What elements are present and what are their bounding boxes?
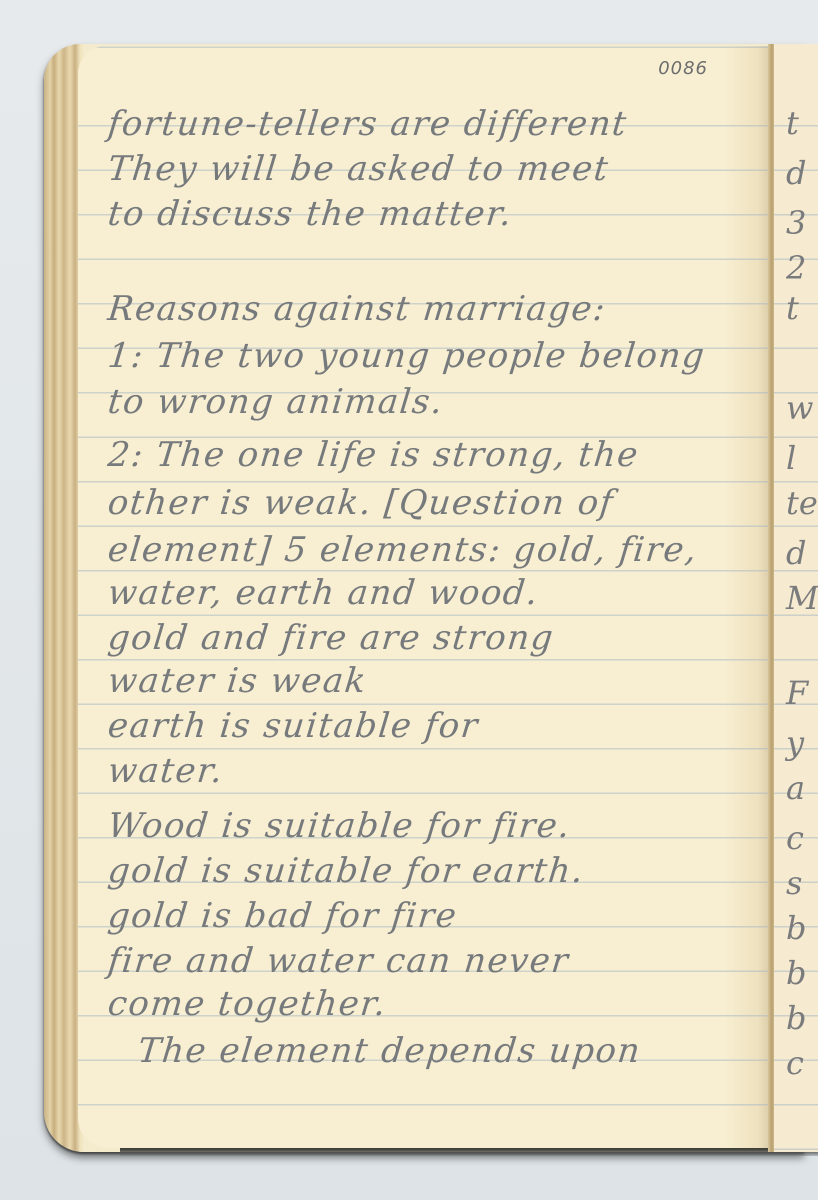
handwritten-line: to wrong animals. (106, 382, 446, 422)
handwritten-line: gold is bad for fire (106, 896, 460, 936)
text-fragment: te (786, 484, 818, 522)
text-fragment: y (786, 724, 804, 762)
text-fragment: b (786, 909, 806, 947)
notebook-left-page: 0086 fortune-tellers are differentThey w… (78, 46, 772, 1148)
text-fragment: 2 (786, 249, 806, 287)
text-fragment: b (786, 954, 806, 992)
handwritten-line: to discuss the matter. (106, 194, 515, 234)
text-fragment: l (786, 439, 796, 477)
page-number: 0086 (658, 58, 708, 79)
text-fragment: w (786, 389, 813, 427)
handwritten-line: gold and fire are strong (106, 618, 556, 658)
handwritten-line: element] 5 elements: gold, fire, (106, 530, 700, 570)
notebook-right-page-fragment: td32twltedMFyacsbbbc (774, 44, 818, 1152)
text-fragment: d (786, 154, 806, 192)
handwritten-line: Reasons against marriage: (106, 289, 608, 329)
handwritten-line: other is weak. [Question of (106, 483, 616, 523)
text-fragment: t (786, 104, 799, 142)
text-fragment: 3 (786, 204, 806, 242)
text-fragment: b (786, 999, 806, 1037)
handwritten-line: earth is suitable for (106, 706, 481, 746)
handwritten-line: They will be asked to meet (106, 149, 611, 189)
text-fragment: c (786, 819, 804, 857)
text-fragment: s (786, 864, 802, 902)
handwritten-line: water. (106, 751, 226, 791)
handwritten-line: come together. (106, 984, 389, 1024)
text-fragment: t (786, 289, 799, 327)
handwritten-line: fortune-tellers are different (106, 104, 630, 144)
handwritten-line: gold is suitable for earth. (106, 851, 586, 891)
text-fragment: a (786, 769, 805, 807)
handwritten-line: 1: The two young people belong (106, 336, 708, 376)
text-fragment: F (786, 674, 808, 712)
text-fragment: M (786, 579, 818, 617)
handwritten-line: water is weak (106, 661, 369, 701)
text-fragment: c (786, 1044, 804, 1082)
handwritten-line: water, earth and wood. (106, 573, 541, 613)
handwritten-line: Wood is suitable for fire. (106, 806, 573, 846)
handwritten-line: 2: The one life is strong, the (106, 435, 641, 475)
handwritten-line: The element depends upon (136, 1031, 643, 1071)
text-fragment: d (786, 534, 806, 572)
handwritten-line: fire and water can never (106, 941, 571, 981)
